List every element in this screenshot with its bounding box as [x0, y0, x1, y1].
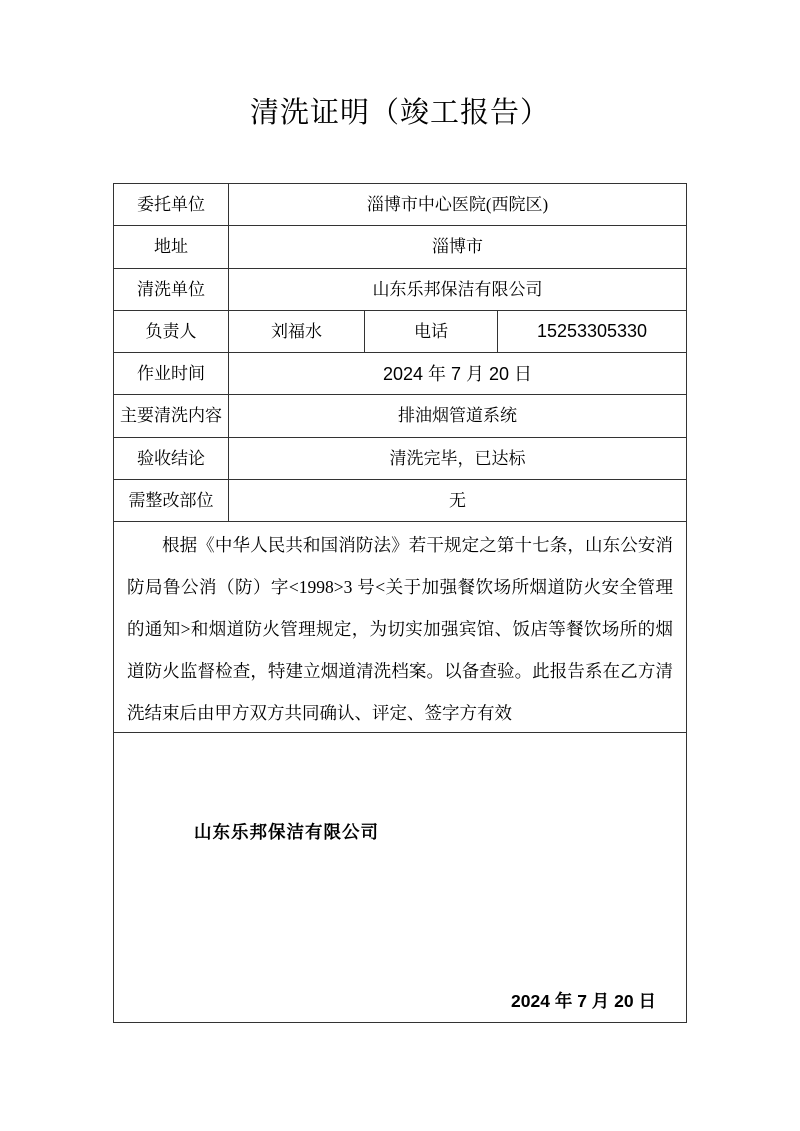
phone-label: 电话 [365, 311, 498, 352]
signature-company: 山东乐邦保洁有限公司 [194, 819, 379, 844]
entrusting-unit-value: 淄博市中心医院(西院区) [229, 184, 686, 225]
cleaning-unit-value: 山东乐邦保洁有限公司 [229, 269, 686, 310]
rectification-parts-label: 需整改部位 [114, 480, 229, 521]
work-date-label: 作业时间 [114, 353, 229, 394]
row-acceptance-conclusion: 验收结论 清洗完毕，已达标 [114, 438, 686, 480]
rectification-parts-value: 无 [229, 480, 686, 521]
address-value: 淄博市 [229, 226, 686, 267]
row-entrusting-unit: 委托单位 淄博市中心医院(西院区) [114, 184, 686, 226]
row-cleaning-unit: 清洗单位 山东乐邦保洁有限公司 [114, 269, 686, 311]
row-address: 地址 淄博市 [114, 226, 686, 268]
row-cleaning-content: 主要清洗内容 排油烟管道系统 [114, 395, 686, 437]
acceptance-conclusion-label: 验收结论 [114, 438, 229, 479]
acceptance-conclusion-value: 清洗完毕，已达标 [229, 438, 686, 479]
certificate-table: 委托单位 淄博市中心医院(西院区) 地址 淄博市 清洗单位 山东乐邦保洁有限公司… [113, 183, 687, 1023]
document-title: 清洗证明（竣工报告） [0, 92, 800, 134]
person-in-charge-label: 负责人 [114, 311, 229, 352]
work-date-value: 2024 年 7 月 20 日 [229, 353, 686, 394]
row-work-date: 作业时间 2024 年 7 月 20 日 [114, 353, 686, 395]
row-regulation-note: 根据《中华人民共和国消防法》若干规定之第十七条，山东公安消防局鲁公消（防）字<1… [114, 522, 686, 733]
cleaning-content-value: 排油烟管道系统 [229, 395, 686, 436]
person-in-charge-value: 刘福水 [229, 311, 365, 352]
address-label: 地址 [114, 226, 229, 267]
signature-date: 2024 年 7 月 20 日 [511, 988, 656, 1013]
cleaning-unit-label: 清洗单位 [114, 269, 229, 310]
document-page: 清洗证明（竣工报告） 委托单位 淄博市中心医院(西院区) 地址 淄博市 清洗单位… [0, 0, 800, 1131]
phone-value: 15253305330 [498, 311, 686, 352]
row-person-in-charge: 负责人 刘福水 电话 15253305330 [114, 311, 686, 353]
regulation-note-text: 根据《中华人民共和国消防法》若干规定之第十七条，山东公安消防局鲁公消（防）字<1… [114, 522, 686, 732]
cleaning-content-label: 主要清洗内容 [114, 395, 229, 436]
row-rectification-parts: 需整改部位 无 [114, 480, 686, 522]
entrusting-unit-label: 委托单位 [114, 184, 229, 225]
row-signature: 山东乐邦保洁有限公司 2024 年 7 月 20 日 [114, 733, 686, 1022]
